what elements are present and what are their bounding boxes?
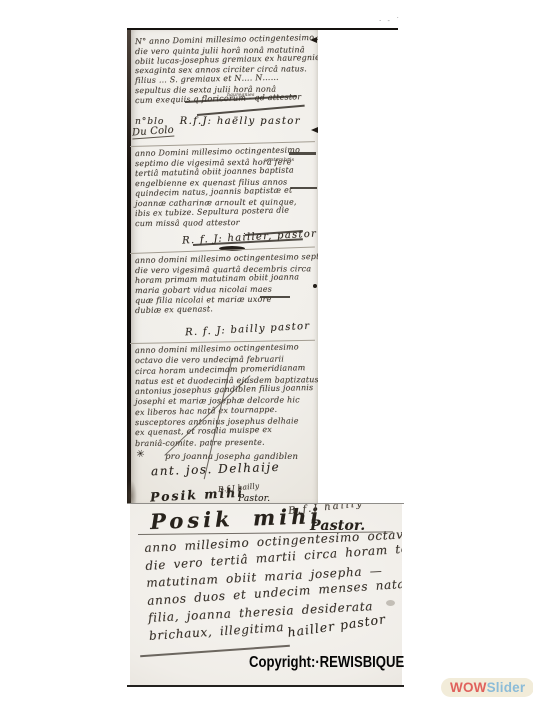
ink-blot — [313, 284, 317, 288]
signature-entry-3: R. f. J: bailly pastor — [185, 321, 311, 339]
scanned-parish-register-page: · ‐ ˙ N° anno Domini millesimo octingent… — [0, 0, 533, 711]
paper-smudge — [386, 600, 395, 606]
wowslider-badge[interactable]: WOWSlider — [441, 678, 533, 697]
margin-arrow-icon — [310, 37, 317, 43]
father-signature: ant. jos. Delhaije — [151, 460, 281, 478]
manuscript-line: braniâ-comite. patre presente. — [135, 437, 318, 449]
strike-mark — [260, 296, 290, 298]
strike-mark — [291, 187, 317, 189]
register-scan: N° anno Domini millesimo octingentesimo … — [127, 30, 318, 504]
copyright-text: Copyright:·REWISBIQUE — [249, 654, 404, 672]
margin-arrow-icon — [311, 127, 318, 133]
bottom-edge-line — [127, 685, 404, 687]
pastor-initials: B.f.J hailly — [218, 481, 260, 494]
inserted-correction: septembris — [264, 157, 294, 163]
paper-smudge — [127, 480, 137, 504]
pastor-signature: R.f.J: haëlly pastor — [180, 116, 301, 127]
strike-mark — [289, 152, 316, 155]
corner-marks: · ‐ ˙ — [379, 17, 402, 25]
ink-mark: ✳ — [135, 448, 146, 461]
wowslider-slider-label: Slider — [487, 680, 526, 695]
margin-scrawl-2: Du Colo — [132, 125, 175, 140]
manuscript-line: cum missâ quod attestor — [135, 217, 300, 229]
binding-edge — [127, 30, 131, 504]
pastor-initials: B.f.J hailly — [288, 504, 365, 517]
burial-entry-3: anno domini millesimo octingentesimo sep… — [135, 256, 318, 315]
wowslider-wow-label: WOW — [450, 680, 487, 695]
